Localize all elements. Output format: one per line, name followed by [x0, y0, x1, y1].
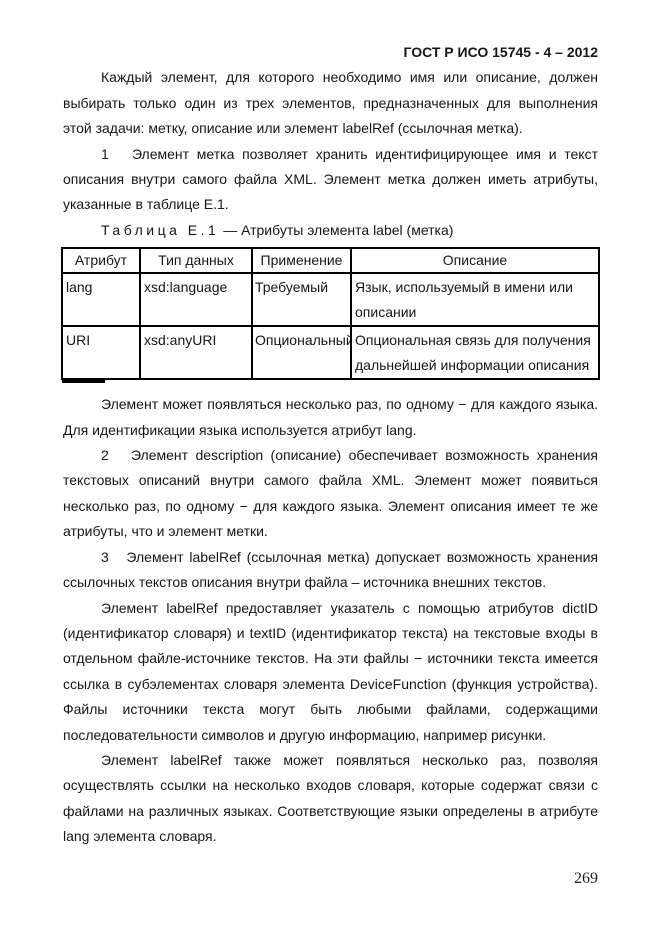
paragraph-labelref-repeat: Элемент labelRef также может появляться …	[63, 748, 598, 850]
text-block: ГОСТ Р ИСО 15745 - 4 – 2012 Каждый элеме…	[63, 40, 598, 850]
table-header-row: Атрибут Тип данных Применение Описание	[62, 248, 599, 273]
cell-description: Язык, используемый в имени или описании	[351, 273, 599, 326]
paragraph-item-3: 3 Элемент labelRef (ссылочная метка) доп…	[63, 545, 598, 596]
document-page: ГОСТ Р ИСО 15745 - 4 – 2012 Каждый элеме…	[0, 0, 661, 936]
column-header-type: Тип данных	[140, 248, 252, 273]
cell-usage: Требуемый	[252, 273, 351, 326]
cell-attribute: lang	[62, 273, 140, 326]
column-header-description: Описание	[351, 248, 599, 273]
cell-type: xsd:anyURI	[140, 326, 252, 379]
table-row: URI xsd:anyURI Опциональный Опциональная…	[62, 326, 599, 379]
paragraph-item-2: 2 Элемент description (описание) обеспеч…	[63, 443, 598, 545]
document-header: ГОСТ Р ИСО 15745 - 4 – 2012	[63, 40, 598, 65]
attributes-table-wrapper: Атрибут Тип данных Применение Описание l…	[61, 247, 598, 380]
paragraph-labelref-pointer: Элемент labelRef предоставляет указатель…	[63, 596, 598, 748]
table-caption-title: — Атрибуты элемента label (метка)	[223, 222, 453, 238]
page-number: 269	[574, 869, 598, 889]
paragraph-item-1: 1 Элемент метка позволяет хранить иденти…	[63, 142, 598, 218]
cell-description: Опциональная связь для получения дальней…	[351, 326, 599, 379]
column-header-usage: Применение	[252, 248, 351, 273]
attributes-table: Атрибут Тип данных Применение Описание l…	[61, 247, 600, 380]
cell-attribute: URI	[62, 326, 140, 379]
paragraph-lang-note: Элемент может появляться несколько раз, …	[63, 392, 598, 443]
cell-type: xsd:language	[140, 273, 252, 326]
paragraph-intro: Каждый элемент, для которого необходимо …	[63, 65, 598, 141]
table-caption: Таблица Е.1 — Атрибуты элемента label (м…	[63, 218, 598, 243]
column-header-attribute: Атрибут	[62, 248, 140, 273]
cell-usage: Опциональный	[252, 326, 351, 379]
table-caption-label: Таблица Е.1	[101, 222, 219, 238]
table-row: lang xsd:language Требуемый Язык, исполь…	[62, 273, 599, 326]
scan-artifact-mark	[62, 378, 105, 383]
